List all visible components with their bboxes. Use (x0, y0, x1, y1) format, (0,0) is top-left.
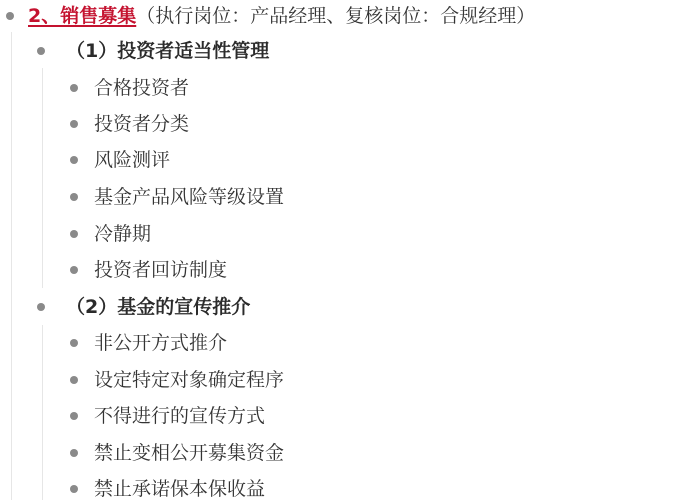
section-label: （2）基金的宣传推介 (66, 289, 250, 325)
bullet-icon (70, 84, 78, 92)
item-label: 合格投资者 (94, 70, 189, 106)
heading-text: 2、销售募集（执行岗位：产品经理、复核岗位：合规经理） (28, 0, 535, 34)
bullet-icon (70, 339, 78, 347)
section-label: （1）投资者适当性管理 (66, 33, 269, 69)
outline-item[interactable]: 风险测评 (0, 142, 678, 178)
outline-item[interactable]: 禁止承诺保本保收益 (0, 471, 678, 500)
item-label: 投资者分类 (94, 106, 189, 142)
outline-section-2[interactable]: （2）基金的宣传推介 (0, 289, 678, 325)
bullet-icon (70, 449, 78, 457)
outline-heading: 2、销售募集（执行岗位：产品经理、复核岗位：合规经理） (0, 0, 678, 34)
outline-item[interactable]: 冷静期 (0, 216, 678, 252)
outline-item[interactable]: 不得进行的宣传方式 (0, 398, 678, 434)
bullet-icon (70, 412, 78, 420)
bullet-icon (37, 303, 45, 311)
outline-item[interactable]: 基金产品风险等级设置 (0, 179, 678, 215)
bullet-icon (70, 156, 78, 164)
item-label: 非公开方式推介 (94, 325, 227, 361)
bullet-icon (70, 376, 78, 384)
item-label: 投资者回访制度 (94, 252, 227, 288)
outline-section-1[interactable]: （1）投资者适当性管理 (0, 33, 678, 69)
bullet-icon (37, 47, 45, 55)
outline-item[interactable]: 投资者回访制度 (0, 252, 678, 288)
item-label: 不得进行的宣传方式 (94, 398, 265, 434)
item-label: 禁止承诺保本保收益 (94, 471, 265, 500)
outline-item[interactable]: 非公开方式推介 (0, 325, 678, 361)
outline-item[interactable]: 设定特定对象确定程序 (0, 362, 678, 398)
bullet-icon (70, 266, 78, 274)
heading-link[interactable]: 2、销售募集 (28, 5, 136, 27)
heading-note: （执行岗位：产品经理、复核岗位：合规经理） (136, 5, 535, 27)
bullet-icon (70, 230, 78, 238)
item-label: 禁止变相公开募集资金 (94, 435, 284, 471)
bullet-icon (70, 485, 78, 493)
item-label: 基金产品风险等级设置 (94, 179, 284, 215)
outline-item[interactable]: 禁止变相公开募集资金 (0, 435, 678, 471)
item-label: 风险测评 (94, 142, 170, 178)
bullet-icon (70, 193, 78, 201)
bullet-icon (6, 12, 14, 20)
item-label: 设定特定对象确定程序 (94, 362, 284, 398)
outline-item[interactable]: 合格投资者 (0, 70, 678, 106)
bullet-icon (70, 120, 78, 128)
item-label: 冷静期 (94, 216, 151, 252)
outline-item[interactable]: 投资者分类 (0, 106, 678, 142)
